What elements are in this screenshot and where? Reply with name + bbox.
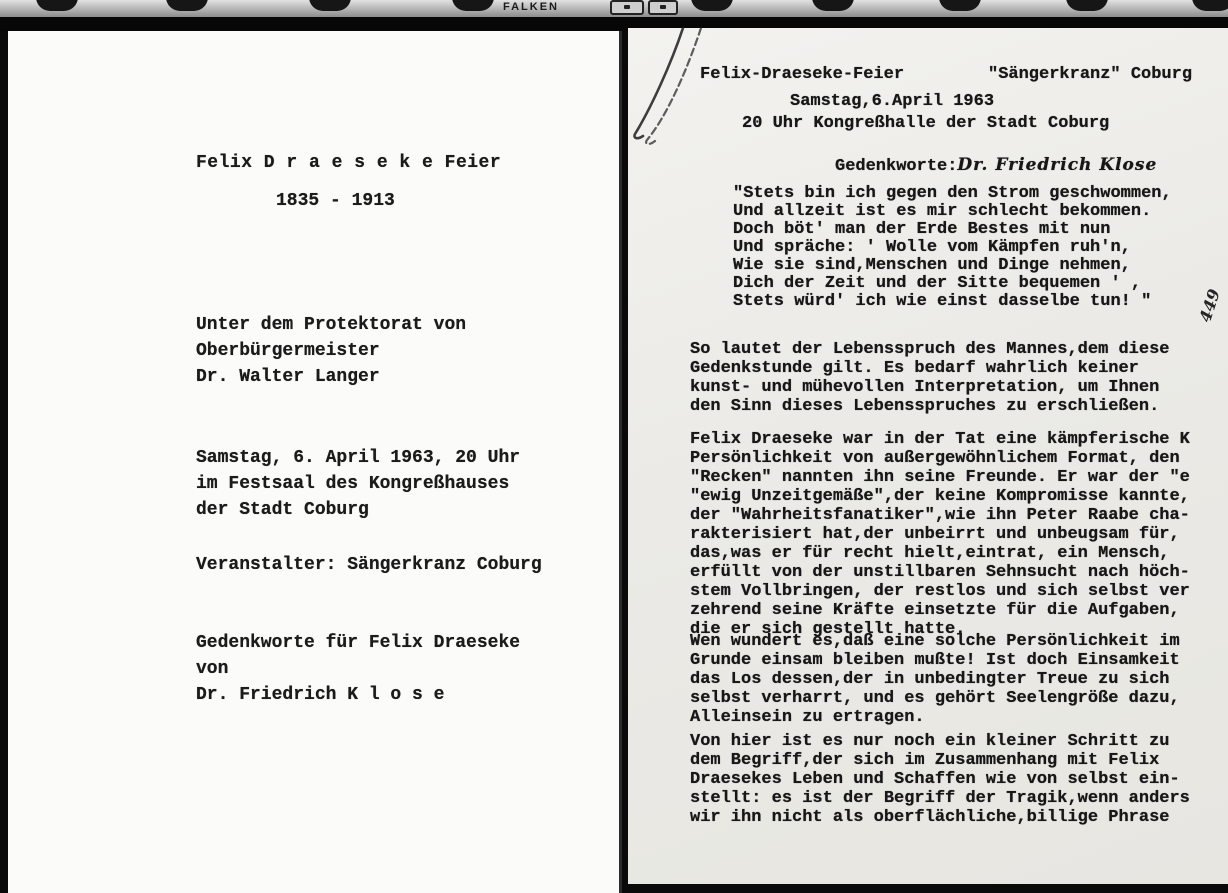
speaker-label: Gedenkworte: — [835, 157, 957, 176]
speech-header-club: "Sängerkranz" Coburg — [988, 65, 1192, 84]
binder-prong — [452, 0, 494, 11]
speech-paragraph: Von hier ist es nur noch ein kleiner Sch… — [690, 732, 1190, 827]
speech-date-line: Samstag,6.April 1963 — [790, 92, 994, 111]
life-motto-poem: "Stets bin ich gegen den Strom geschwomm… — [733, 185, 1172, 311]
speech-paragraph: Felix Draeseke war in der Tat eine kämpf… — [690, 430, 1190, 639]
binder-strip: FALKEN — [0, 0, 1228, 17]
pen-stroke-marks — [623, 26, 713, 156]
speech-venue-line: 20 Uhr Kongreßhalle der Stadt Coburg — [742, 114, 1109, 133]
speech-paragraph: So lautet der Lebensspruch des Mannes,de… — [690, 340, 1169, 416]
speaker-line: Gedenkworte:Dr. Friedrich Klose — [835, 136, 1157, 176]
organizer-line: Veranstalter: Sängerkranz Coburg — [196, 552, 542, 578]
binder-prong — [812, 0, 854, 11]
dedication-text: Gedenkworte für Felix Draeseke von Dr. F… — [196, 630, 520, 708]
programme-page: Felix D r a e s e k e Feier 1835 - 1913 … — [8, 31, 622, 893]
binder-prong — [36, 0, 78, 11]
binder-prong — [166, 0, 208, 11]
binder-brand-label: FALKEN — [503, 1, 559, 13]
perforation-dot — [660, 5, 666, 9]
perforation-mark — [648, 0, 678, 15]
speech-page: Felix-Draeseke-Feier "Sängerkranz" Cobur… — [628, 28, 1228, 884]
perforation-mark — [610, 0, 644, 15]
patronage-text: Unter dem Protektorat von Oberbürgermeis… — [196, 312, 466, 390]
speech-header-title: Felix-Draeseke-Feier — [700, 65, 904, 84]
event-title: Felix D r a e s e k e Feier — [196, 150, 501, 176]
perforation-dot — [624, 5, 630, 9]
event-years: 1835 - 1913 — [276, 188, 395, 214]
speech-paragraph: Wen wundert es,daß eine solche Persönlic… — [690, 632, 1180, 727]
binder-prong — [691, 0, 733, 11]
page-bottom-shadow — [628, 884, 1228, 893]
binder-prong — [1066, 0, 1108, 11]
event-date-venue: Samstag, 6. April 1963, 20 Uhr im Festsa… — [196, 445, 520, 523]
binder-prong — [939, 0, 981, 11]
binder-prong — [309, 0, 351, 11]
binder-prong — [1192, 0, 1228, 11]
speaker-name-handwritten: Dr. Friedrich Klose — [957, 155, 1157, 175]
